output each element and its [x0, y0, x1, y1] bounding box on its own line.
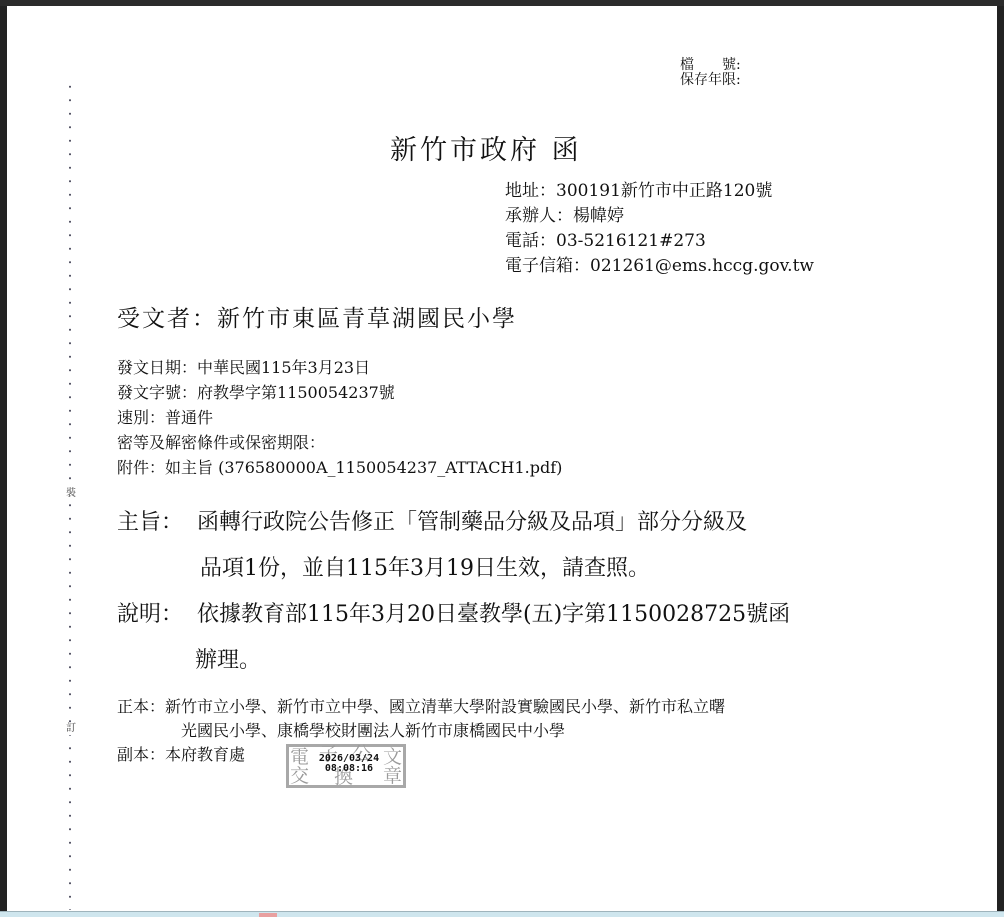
- address: 地址：300191新竹市中正路120號: [505, 179, 814, 204]
- original-label: 正本：: [117, 697, 165, 716]
- electronic-exchange-stamp: 電 子 公 文 交 換 章 2026/03/24 08:08:16: [286, 744, 406, 788]
- secrecy: 密等及解密條件或保密期限：: [117, 430, 562, 455]
- copy-row: 副本：本府教育處: [117, 743, 725, 767]
- viewer-bottom-bar: [0, 911, 1004, 917]
- stamp-time: 08:08:16: [309, 764, 389, 774]
- distribution-block: 正本：新竹市立小學、新竹市立中學、國立清華大學附設實驗國民小學、新竹市私立曙 光…: [117, 695, 725, 767]
- bottom-indicator: [259, 913, 277, 917]
- copy-value: 本府教育處: [165, 745, 245, 764]
- subject-line2: 品項1份，並自115年3月19日生效，請查照。: [117, 546, 790, 592]
- original-line2: 光國民小學、康橋學校財團法人新竹市康橋國民中小學: [117, 719, 725, 743]
- retention-label: 保存年限:: [680, 73, 741, 88]
- original-line1: 新竹市立小學、新竹市立中學、國立清華大學附設實驗國民小學、新竹市私立曙: [165, 697, 725, 716]
- subject-block: 主旨： 函轉行政院公告修正「管制藥品分級及品項」部分分級及 品項1份，並自115…: [117, 500, 790, 684]
- explanation-row: 說明： 依據教育部115年3月20日臺教學(五)字第1150028725號函: [117, 592, 790, 638]
- issue-date: 發文日期：中華民國115年3月23日: [117, 355, 562, 380]
- subject-line1: 函轉行政院公告修正「管制藥品分級及品項」部分分級及: [197, 500, 747, 546]
- binding-mark-staple: 訂: [66, 723, 76, 735]
- subject-label: 主旨：: [117, 500, 197, 546]
- binding-mark-bind: 裝: [66, 488, 76, 500]
- info-block: 發文日期：中華民國115年3月23日 發文字號：府教學字第1150054237號…: [117, 355, 562, 480]
- file-meta: 檔 號: 保存年限:: [680, 58, 741, 88]
- contact-block: 地址：300191新竹市中正路120號 承辦人：楊幃婷 電話：03-521612…: [505, 179, 814, 279]
- stamp-datetime: 2026/03/24 08:08:16: [309, 754, 389, 774]
- explanation-label: 說明：: [117, 592, 197, 638]
- explanation-line2: 辦理。: [117, 638, 790, 684]
- explanation-line1: 依據教育部115年3月20日臺教學(五)字第1150028725號函: [197, 592, 790, 638]
- subject-row: 主旨： 函轉行政院公告修正「管制藥品分級及品項」部分分級及: [117, 500, 790, 546]
- phone: 電話：03-5216121#273: [505, 229, 814, 254]
- handler: 承辦人：楊幃婷: [505, 204, 814, 229]
- stamp-char: 交: [290, 767, 309, 786]
- document-title: 新竹市政府 函: [390, 128, 582, 167]
- email: 電子信箱：021261@ems.hccg.gov.tw: [505, 254, 814, 279]
- speed: 速別：普通件: [117, 405, 562, 430]
- copy-label: 副本：: [117, 745, 165, 764]
- recipient: 受文者：新竹市東區青草湖國民小學: [117, 300, 517, 333]
- attachment: 附件：如主旨 (376580000A_1150054237_ATTACH1.pd…: [117, 455, 562, 480]
- original-row: 正本：新竹市立小學、新竹市立中學、國立清華大學附設實驗國民小學、新竹市私立曙: [117, 695, 725, 719]
- doc-number: 發文字號：府教學字第1150054237號: [117, 380, 562, 405]
- file-number-label: 檔 號:: [680, 58, 741, 73]
